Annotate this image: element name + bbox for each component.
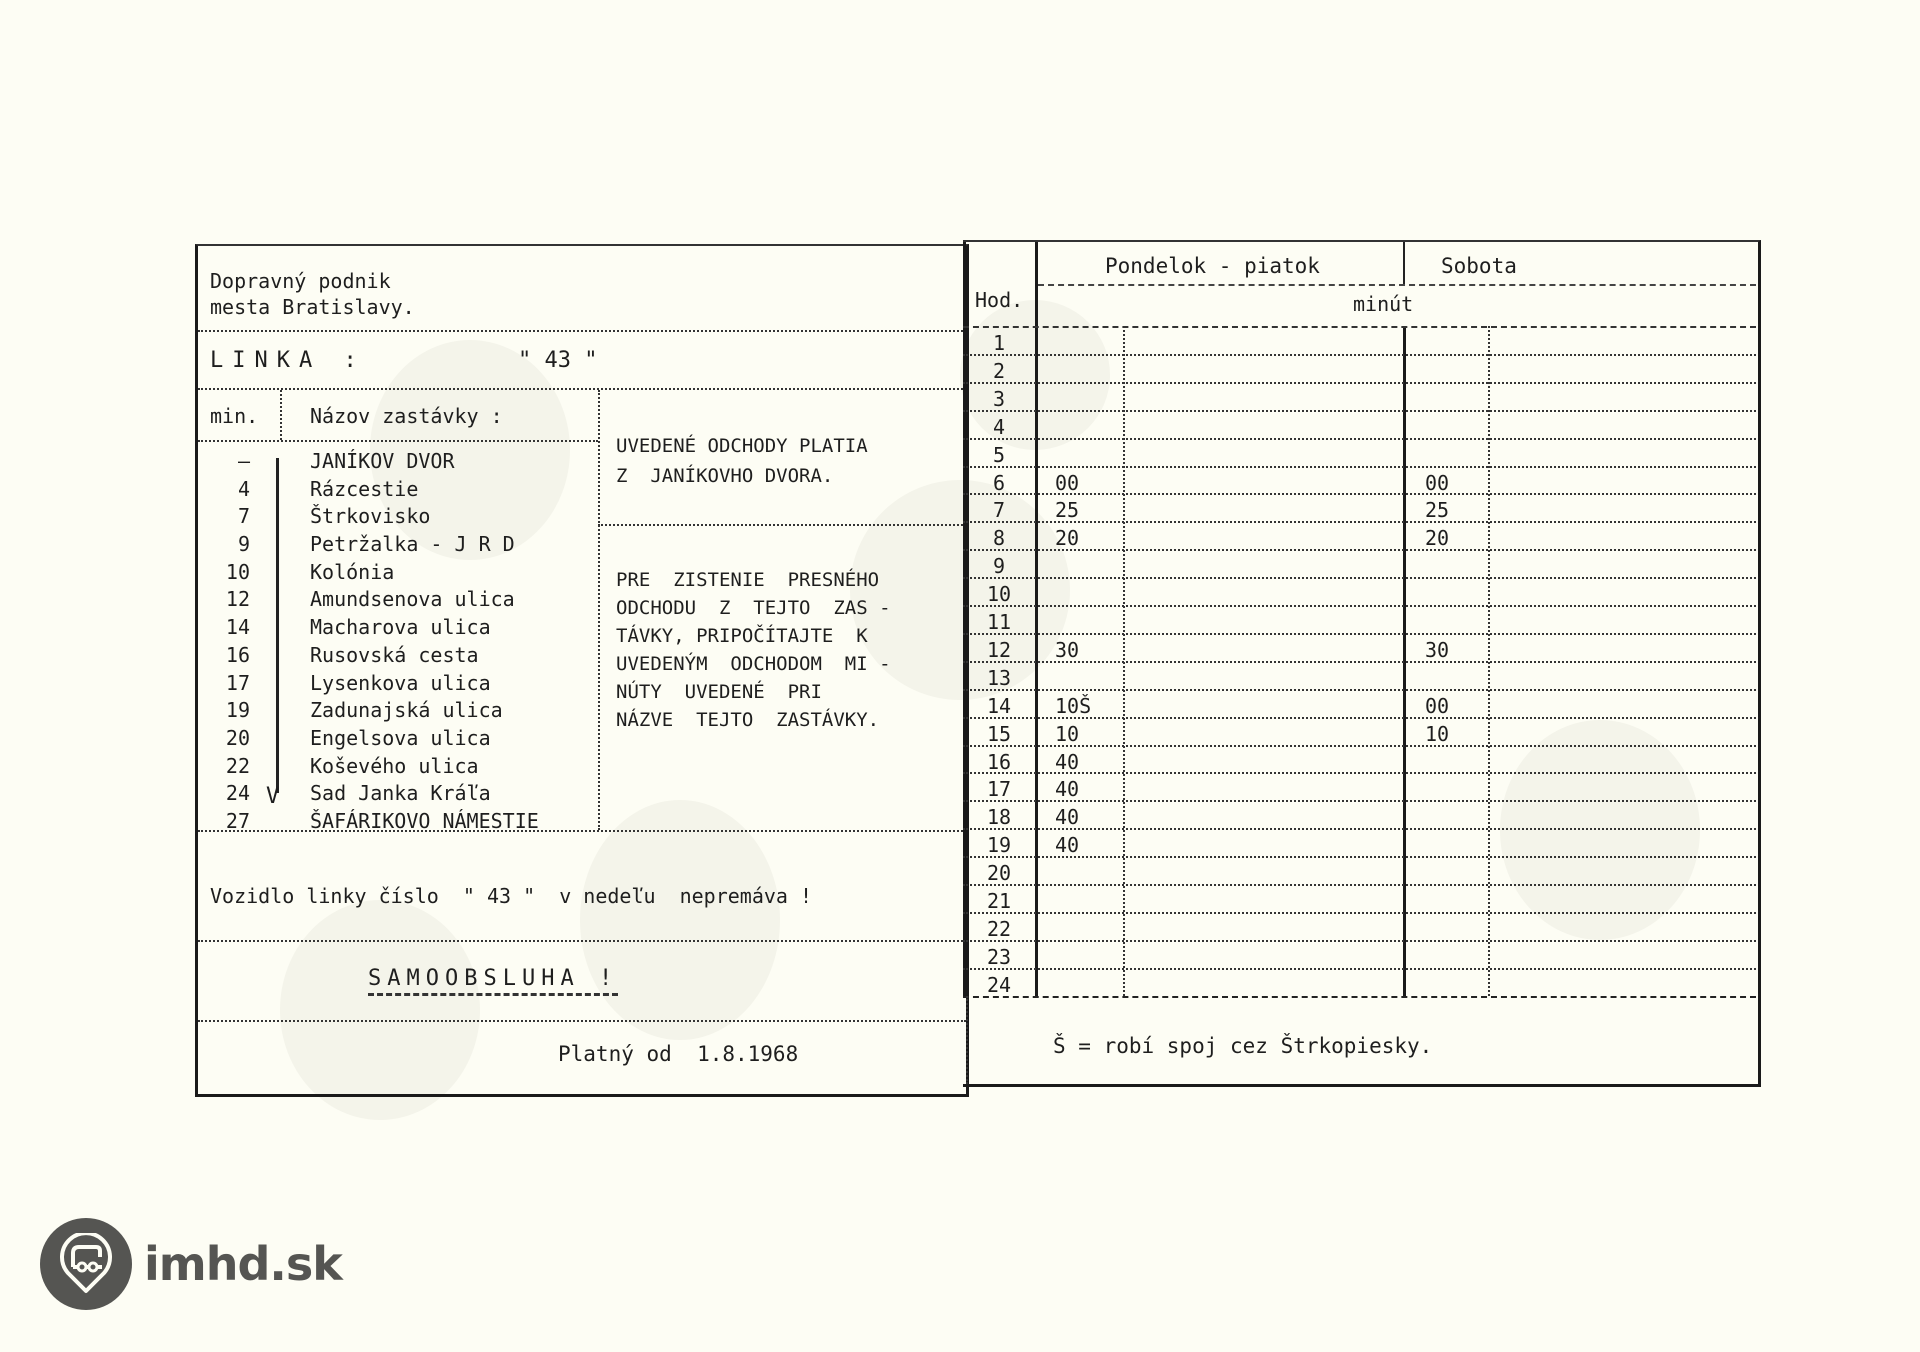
stop-name: Zadunajská ulica: [310, 698, 503, 722]
hour-cell: 21: [963, 889, 1035, 913]
hour-cell: 3: [963, 387, 1035, 411]
hour-cell: 2: [963, 359, 1035, 383]
stop-minutes: 17: [198, 671, 250, 695]
stop-minutes: 4: [198, 477, 250, 501]
hour-cell: 11: [963, 610, 1035, 634]
stop-minutes: 19: [198, 698, 250, 722]
stop-name: JANÍKOV DVOR: [310, 449, 455, 473]
stop-row: 22Koševého ulica: [198, 754, 598, 782]
stop-row: 17Lysenkova ulica: [198, 671, 598, 699]
legend-note: Š = robí spoj cez Štrkopiesky.: [1053, 1036, 1432, 1057]
stop-name: Macharova ulica: [310, 615, 491, 639]
hour-cell: 9: [963, 554, 1035, 578]
imhd-logo: imhd.sk: [40, 1218, 342, 1310]
hour-cell: 13: [963, 666, 1035, 690]
stop-minutes: 16: [198, 643, 250, 667]
stop-minutes: 12: [198, 587, 250, 611]
weekday-minutes: 10: [1055, 722, 1079, 746]
self-service-notice: SAMOOBSLUHA !: [368, 968, 618, 996]
departures-panel: 1234560000725258202091011123030131410Š00…: [963, 240, 1761, 1087]
sunday-notice: Vozidlo linky číslo " 43 " v nedeľu nepr…: [210, 886, 812, 906]
hour-cell: 18: [963, 805, 1035, 829]
instruction-note: PRE ZISTENIE PRESNÉHO ODCHODU Z TEJTO ZA…: [616, 566, 891, 734]
stops-list: —JANÍKOV DVOR4Rázcestie7Štrkovisko9Petrž…: [198, 449, 598, 837]
stop-name: Štrkovisko: [310, 504, 430, 528]
saturday-minutes: 25: [1425, 498, 1449, 522]
line-label: LINKA :: [210, 350, 366, 372]
stop-name: Rusovská cesta: [310, 643, 479, 667]
stop-name: Sad Janka Kráľa: [310, 781, 491, 805]
column-header-minutes: min.: [210, 406, 258, 426]
bus-pin-icon: [40, 1218, 132, 1310]
column-header-stop-name: Názov zastávky :: [310, 406, 503, 426]
weekday-minutes: 40: [1055, 777, 1079, 801]
stop-name: Amundsenova ulica: [310, 587, 515, 611]
weekday-minutes: 10Š: [1055, 694, 1091, 718]
column-header-saturday: Sobota: [1441, 256, 1517, 277]
stop-row: 9Petržalka - J R D: [198, 532, 598, 560]
hour-cell: 8: [963, 526, 1035, 550]
saturday-minutes: 10: [1425, 722, 1449, 746]
stop-minutes: 20: [198, 726, 250, 750]
weekday-minutes: 20: [1055, 526, 1079, 550]
hour-cell: 16: [963, 750, 1035, 774]
company-name: Dopravný podnikmesta Bratislavy.: [210, 268, 415, 320]
stop-minutes: 22: [198, 754, 250, 778]
column-header-hour: Hod.: [975, 290, 1023, 310]
hour-cell: 10: [963, 582, 1035, 606]
stop-name: Lysenkova ulica: [310, 671, 491, 695]
stop-minutes: 9: [198, 532, 250, 556]
stop-row: 14Macharova ulica: [198, 615, 598, 643]
stop-row: 12Amundsenova ulica: [198, 587, 598, 615]
hour-cell: 17: [963, 777, 1035, 801]
hour-cell: 23: [963, 945, 1035, 969]
stop-minutes: —: [198, 449, 250, 473]
weekday-minutes: 30: [1055, 638, 1079, 662]
timetable-sheet: Dopravný podnikmesta Bratislavy. LINKA :…: [195, 240, 1760, 1092]
hour-cell: 4: [963, 415, 1035, 439]
stop-row: 4Rázcestie: [198, 477, 598, 505]
saturday-minutes: 00: [1425, 471, 1449, 495]
stop-minutes: 7: [198, 504, 250, 528]
column-header-weekdays: Pondelok - piatok: [1105, 256, 1320, 277]
hour-cell: 19: [963, 833, 1035, 857]
weekday-minutes: 40: [1055, 750, 1079, 774]
stop-name: Engelsova ulica: [310, 726, 491, 750]
stop-name: Rázcestie: [310, 477, 418, 501]
stop-row: 27ŠAFÁRIKOVO NÁMESTIE: [198, 809, 598, 837]
direction-arrow: [276, 458, 279, 793]
stop-minutes: 10: [198, 560, 250, 584]
hour-cell: 14: [963, 694, 1035, 718]
stop-name: Petržalka - J R D: [310, 532, 515, 556]
stop-row: 16Rusovská cesta: [198, 643, 598, 671]
stop-row: 24Sad Janka Kráľa: [198, 781, 598, 809]
hour-cell: 7: [963, 498, 1035, 522]
hour-cell: 6: [963, 471, 1035, 495]
saturday-minutes: 00: [1425, 694, 1449, 718]
hour-cell: 22: [963, 917, 1035, 941]
stop-minutes: 24: [198, 781, 250, 805]
line-number: " 43 ": [518, 350, 597, 372]
valid-from-date: Platný od 1.8.1968: [558, 1044, 798, 1065]
stop-row: —JANÍKOV DVOR: [198, 449, 598, 477]
hour-cell: 20: [963, 861, 1035, 885]
weekday-minutes: 40: [1055, 805, 1079, 829]
saturday-minutes: 30: [1425, 638, 1449, 662]
route-info-panel: Dopravný podnikmesta Bratislavy. LINKA :…: [195, 244, 969, 1097]
weekday-minutes: 25: [1055, 498, 1079, 522]
stop-row: 10Kolónia: [198, 560, 598, 588]
arrow-down-icon: V: [266, 786, 279, 808]
weekday-minutes: 00: [1055, 471, 1079, 495]
logo-text: imhd.sk: [144, 1237, 342, 1291]
departure-origin-note: UVEDENÉ ODCHODY PLATIA Z JANÍKOVHO DVORA…: [616, 431, 868, 491]
stop-row: 7Štrkovisko: [198, 504, 598, 532]
weekday-minutes: 40: [1055, 833, 1079, 857]
hour-cell: 15: [963, 722, 1035, 746]
stop-row: 19Zadunajská ulica: [198, 698, 598, 726]
hour-cell: 1: [963, 331, 1035, 355]
hour-cell: 12: [963, 638, 1035, 662]
stop-name: Koševého ulica: [310, 754, 479, 778]
stop-minutes: 14: [198, 615, 250, 639]
hour-cell: 24: [963, 973, 1035, 997]
saturday-minutes: 20: [1425, 526, 1449, 550]
stop-row: 20Engelsova ulica: [198, 726, 598, 754]
hour-cell: 5: [963, 443, 1035, 467]
stop-name: Kolónia: [310, 560, 394, 584]
column-header-minutes-unit: minút: [1353, 294, 1413, 314]
